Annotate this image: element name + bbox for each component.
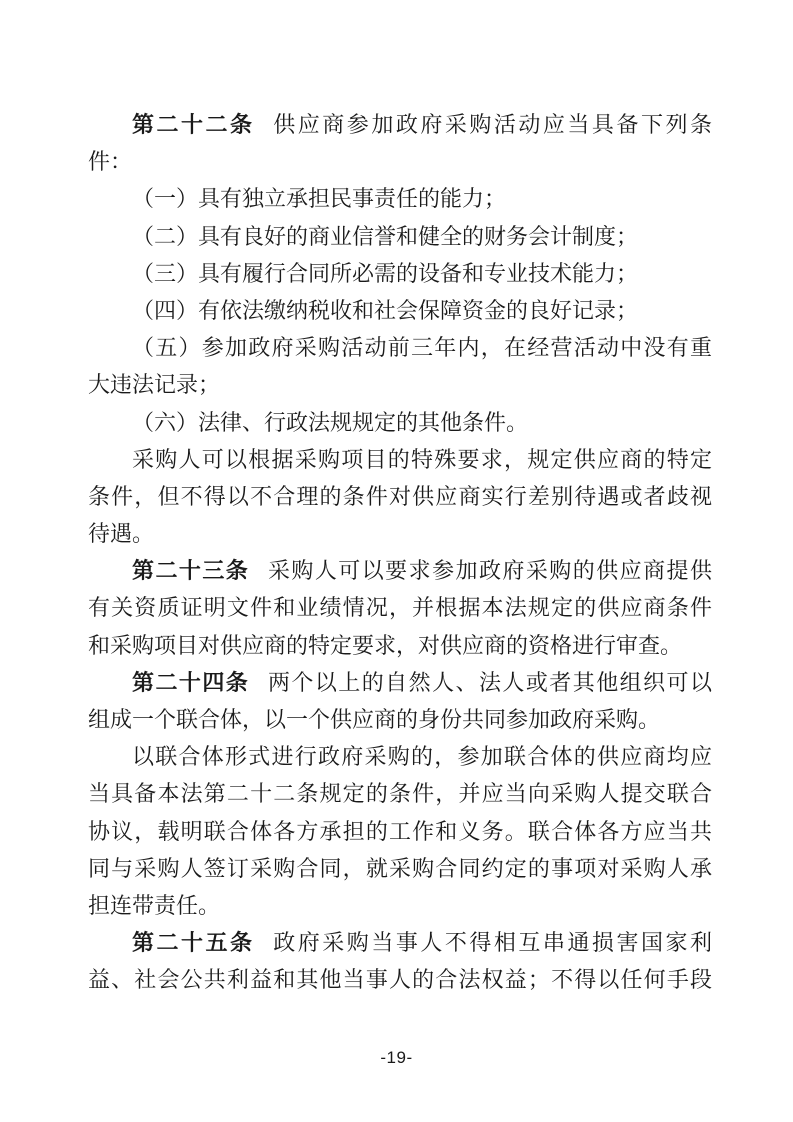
page-number: -19- bbox=[380, 1048, 412, 1067]
text-line: 协议，载明联合体各方承担的工作和义务。联合体各方应当共 bbox=[88, 813, 712, 850]
article-number: 第二十四条 bbox=[132, 670, 249, 695]
law-text-block: 第二十二条供应商参加政府采购活动应当具备下列条 件： （一）具有独立承担民事责任… bbox=[88, 106, 712, 999]
text-line: 益、社会公共利益和其他当事人的合法权益；不得以任何手段 bbox=[88, 961, 712, 998]
line-text: 有关资质证明文件和业绩情况，并根据本法规定的供应商条件 bbox=[88, 595, 712, 620]
text-line: 同与采购人签订采购合同，就采购合同约定的事项对采购人承 bbox=[88, 850, 712, 887]
text-line: 件： bbox=[88, 143, 712, 180]
text-line: （四）有依法缴纳税收和社会保障资金的良好记录； bbox=[88, 292, 712, 329]
text-line: 当具备本法第二十二条规定的条件，并应当向采购人提交联合 bbox=[88, 775, 712, 812]
text-line: 条件，但不得以不合理的条件对供应商实行差别待遇或者歧视 bbox=[88, 478, 712, 515]
text-line: （五）参加政府采购活动前三年内，在经营活动中没有重 bbox=[88, 329, 712, 366]
line-text: 条件，但不得以不合理的条件对供应商实行差别待遇或者歧视 bbox=[88, 484, 712, 509]
text-line: （一）具有独立承担民事责任的能力； bbox=[88, 180, 712, 217]
text-line: 待遇。 bbox=[88, 515, 712, 552]
line-text: 组成一个联合体，以一个供应商的身份共同参加政府采购。 bbox=[88, 707, 660, 732]
text-line: 和采购项目对供应商的特定要求，对供应商的资格进行审查。 bbox=[88, 627, 712, 664]
line-text: 当具备本法第二十二条规定的条件，并应当向采购人提交联合 bbox=[88, 781, 712, 806]
line-text: 大违法记录； bbox=[88, 372, 220, 397]
document-page: 第二十二条供应商参加政府采购活动应当具备下列条 件： （一）具有独立承担民事责任… bbox=[0, 0, 793, 1122]
line-text: 待遇。 bbox=[88, 521, 154, 546]
text-line: 组成一个联合体，以一个供应商的身份共同参加政府采购。 bbox=[88, 701, 712, 738]
text-line: （三）具有履行合同所必需的设备和专业技术能力； bbox=[88, 255, 712, 292]
line-text: 采购人可以要求参加政府采购的供应商提供 bbox=[268, 558, 712, 583]
line-text: 担连带责任。 bbox=[88, 893, 220, 918]
line-text: 两个以上的自然人、法人或者其他组织可以 bbox=[268, 670, 712, 695]
text-line: 第二十四条两个以上的自然人、法人或者其他组织可以 bbox=[88, 664, 712, 701]
page-footer: -19- bbox=[0, 1048, 793, 1068]
line-text: 益、社会公共利益和其他当事人的合法权益；不得以任何手段 bbox=[88, 967, 712, 992]
line-text: 供应商参加政府采购活动应当具备下列条 bbox=[273, 112, 712, 137]
text-line: 采购人可以根据采购项目的特殊要求，规定供应商的特定 bbox=[88, 441, 712, 478]
text-line: 以联合体形式进行政府采购的，参加联合体的供应商均应 bbox=[88, 738, 712, 775]
text-line: 有关资质证明文件和业绩情况，并根据本法规定的供应商条件 bbox=[88, 589, 712, 626]
text-line: 大违法记录； bbox=[88, 366, 712, 403]
text-line: 第二十五条政府采购当事人不得相互串通损害国家利 bbox=[88, 924, 712, 961]
article-number: 第二十五条 bbox=[132, 930, 255, 955]
article-number: 第二十二条 bbox=[132, 112, 255, 137]
text-line: （六）法律、行政法规规定的其他条件。 bbox=[88, 404, 712, 441]
line-text: 政府采购当事人不得相互串通损害国家利 bbox=[273, 930, 712, 955]
line-text: （三）具有履行合同所必需的设备和专业技术能力； bbox=[132, 261, 638, 286]
text-line: 第二十三条采购人可以要求参加政府采购的供应商提供 bbox=[88, 552, 712, 589]
line-text: （一）具有独立承担民事责任的能力； bbox=[132, 186, 506, 211]
text-line: 担连带责任。 bbox=[88, 887, 712, 924]
line-text: 件： bbox=[88, 149, 132, 174]
line-text: 以联合体形式进行政府采购的，参加联合体的供应商均应 bbox=[132, 744, 712, 769]
text-line: （二）具有良好的商业信誉和健全的财务会计制度； bbox=[88, 218, 712, 255]
line-text: 采购人可以根据采购项目的特殊要求，规定供应商的特定 bbox=[132, 447, 712, 472]
line-text: 和采购项目对供应商的特定要求，对供应商的资格进行审查。 bbox=[88, 633, 682, 658]
line-text: （六）法律、行政法规规定的其他条件。 bbox=[132, 410, 528, 435]
text-line: 第二十二条供应商参加政府采购活动应当具备下列条 bbox=[88, 106, 712, 143]
line-text: 同与采购人签订采购合同，就采购合同约定的事项对采购人承 bbox=[88, 856, 712, 881]
line-text: （二）具有良好的商业信誉和健全的财务会计制度； bbox=[132, 224, 638, 249]
article-number: 第二十三条 bbox=[132, 558, 249, 583]
line-text: （五）参加政府采购活动前三年内，在经营活动中没有重 bbox=[132, 335, 712, 360]
line-text: （四）有依法缴纳税收和社会保障资金的良好记录； bbox=[132, 298, 638, 323]
line-text: 协议，载明联合体各方承担的工作和义务。联合体各方应当共 bbox=[88, 819, 712, 844]
